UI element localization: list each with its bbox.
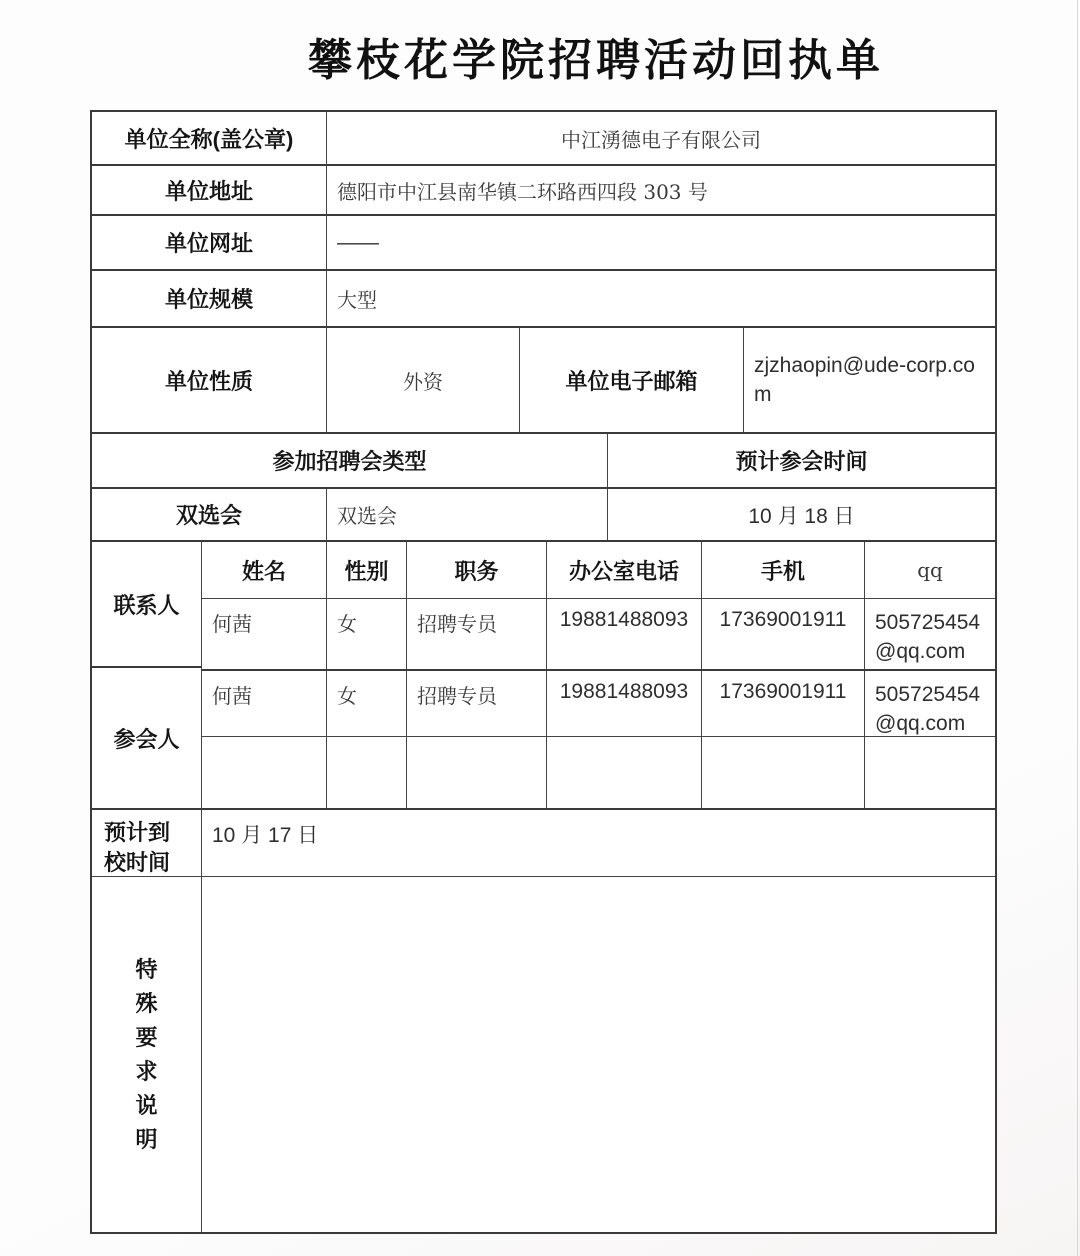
contact-gender: 女	[327, 599, 407, 669]
attendee-label: 参会人	[92, 668, 201, 808]
row-arrival-time: 预计到校时间 10 月 17 日	[92, 810, 995, 877]
row-company-address: 单位地址 德阳市中江县南华镇二环路西四段 303 号	[92, 166, 995, 216]
attendee2-office-phone	[547, 737, 702, 808]
company-website-value: ——	[327, 216, 995, 269]
attendee-name: 何茜	[202, 671, 327, 736]
arrival-label-cell: 预计到校时间	[92, 810, 202, 876]
header-name: 姓名	[202, 542, 327, 598]
recruitment-receipt-form: 单位全称(盖公章) 中江湧德电子有限公司 单位地址 德阳市中江县南华镇二环路西四…	[90, 110, 997, 1234]
attendee2-qq	[865, 737, 995, 808]
company-address-value: 德阳市中江县南华镇二环路西四段 303 号	[327, 166, 995, 214]
contact-office-phone: 19881488093	[547, 599, 702, 669]
company-name-label: 单位全称(盖公章)	[92, 112, 327, 164]
company-nature-value: 外资	[327, 328, 520, 432]
company-size-label: 单位规模	[92, 271, 327, 326]
row-company-website: 单位网址 ——	[92, 216, 995, 271]
company-email-value: zjzhaopin@ude-corp.com	[744, 328, 995, 432]
row-company-name: 单位全称(盖公章) 中江湧德电子有限公司	[92, 112, 995, 166]
row-nature-email: 单位性质 外资 单位电子邮箱 zjzhaopin@ude-corp.com	[92, 328, 995, 434]
company-nature-label: 单位性质	[92, 328, 327, 432]
special-requirements-value	[202, 877, 995, 1232]
fair-type-header: 参加招聘会类型	[92, 434, 608, 487]
attendee-data-row: 何茜 女 招聘专员 19881488093 17369001911 505725…	[202, 671, 995, 737]
header-mobile: 手机	[702, 542, 865, 598]
header-position: 职务	[407, 542, 547, 598]
special-requirements-label: 特殊要求说明	[134, 953, 160, 1157]
contacts-block: 联系人 参会人 姓名 性别 职务 办公室电话 手机 qq 何茜 女 招聘专员 1…	[92, 542, 995, 810]
attendee-empty-row	[202, 737, 995, 808]
contact-position: 招聘专员	[407, 599, 547, 669]
attendee2-gender	[327, 737, 407, 808]
contacts-header-row: 姓名 性别 职务 办公室电话 手机 qq	[202, 542, 995, 599]
company-email-label: 单位电子邮箱	[520, 328, 744, 432]
attendee-qq: 505725454@qq.com	[865, 671, 995, 736]
header-gender: 性别	[327, 542, 407, 598]
arrival-value: 10 月 17 日	[202, 810, 995, 876]
fair-time-header: 预计参会时间	[608, 434, 995, 487]
page-right-edge	[1077, 0, 1078, 1256]
row-special-requirements: 特殊要求说明	[92, 877, 995, 1232]
header-qq: qq	[865, 542, 995, 598]
row-fair-headers: 参加招聘会类型 预计参会时间	[92, 434, 995, 489]
contact-name: 何茜	[202, 599, 327, 669]
header-office-phone: 办公室电话	[547, 542, 702, 598]
attendee-office-phone: 19881488093	[547, 671, 702, 736]
special-label-cell: 特殊要求说明	[92, 877, 202, 1232]
contact-data-row: 何茜 女 招聘专员 19881488093 17369001911 505725…	[202, 599, 995, 671]
contact-person-label: 联系人	[92, 542, 201, 668]
attendee-gender: 女	[327, 671, 407, 736]
attendee-mobile: 17369001911	[702, 671, 865, 736]
contact-qq: 505725454@qq.com	[865, 599, 995, 669]
attendee2-mobile	[702, 737, 865, 808]
arrival-label: 预计到校时间	[92, 810, 201, 876]
contact-mobile: 17369001911	[702, 599, 865, 669]
attendee2-position	[407, 737, 547, 808]
row-company-size: 单位规模 大型	[92, 271, 995, 328]
attendee-position: 招聘专员	[407, 671, 547, 736]
company-address-label: 单位地址	[92, 166, 327, 214]
row-fair: 双选会 双选会 10 月 18 日	[92, 489, 995, 542]
page-title: 攀枝花学院招聘活动回执单	[0, 24, 1080, 88]
attendee2-name	[202, 737, 327, 808]
fair-label: 双选会	[92, 489, 327, 540]
company-website-label: 单位网址	[92, 216, 327, 269]
company-size-value: 大型	[327, 271, 995, 326]
fair-type-value: 双选会	[327, 489, 608, 540]
fair-time-value: 10 月 18 日	[608, 489, 995, 540]
company-name-value: 中江湧德电子有限公司	[327, 112, 995, 164]
